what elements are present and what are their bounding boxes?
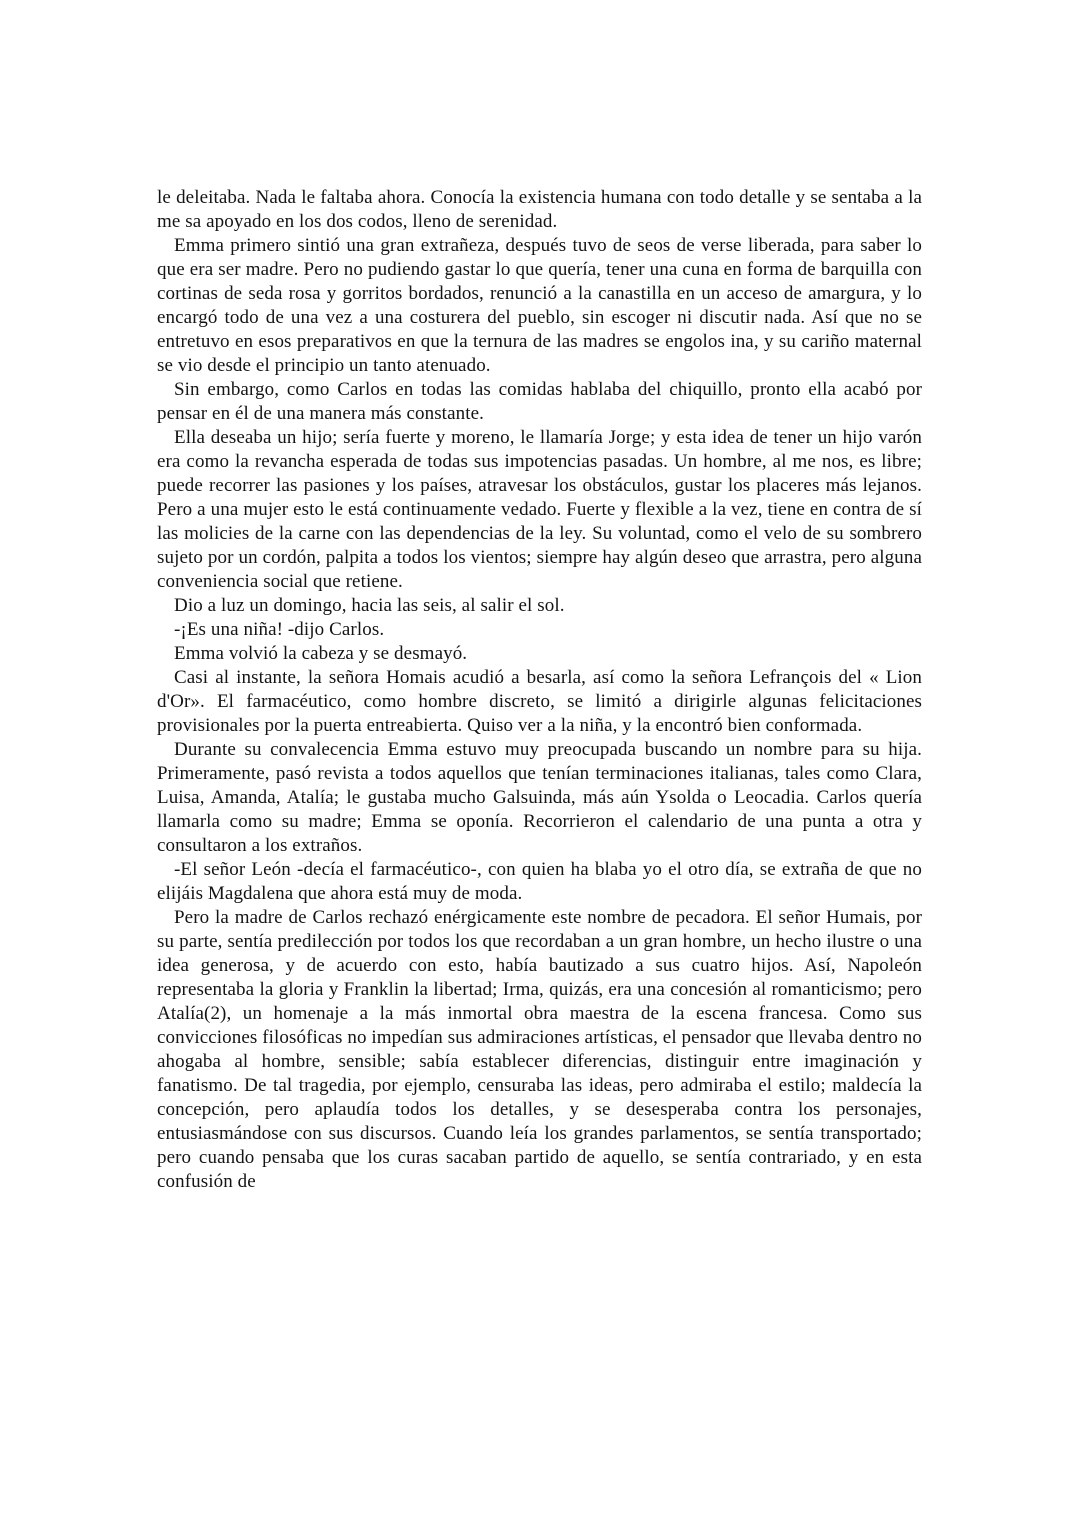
paragraph-dialogue: -El señor León -decía el farmacéutico-, … (157, 858, 922, 906)
paragraph: Emma volvió la cabeza y se desmayó. (157, 642, 922, 666)
paragraph: le deleitaba. Nada le faltaba ahora. Con… (157, 186, 922, 234)
paragraph: Emma primero sintió una gran extrañeza, … (157, 234, 922, 378)
document-text-block: le deleitaba. Nada le faltaba ahora. Con… (157, 186, 922, 1194)
paragraph: Dio a luz un domingo, hacia las seis, al… (157, 594, 922, 618)
paragraph: Casi al instante, la señora Homais acudi… (157, 666, 922, 738)
paragraph: Pero la madre de Carlos rechazó enérgica… (157, 906, 922, 1194)
paragraph: Ella deseaba un hijo; sería fuerte y mor… (157, 426, 922, 594)
paragraph-dialogue: -¡Es una niña! -dijo Carlos. (157, 618, 922, 642)
paragraph: Sin embargo, como Carlos en todas las co… (157, 378, 922, 426)
paragraph: Durante su convalecencia Emma estuvo muy… (157, 738, 922, 858)
document-page: le deleitaba. Nada le faltaba ahora. Con… (0, 0, 1080, 1525)
